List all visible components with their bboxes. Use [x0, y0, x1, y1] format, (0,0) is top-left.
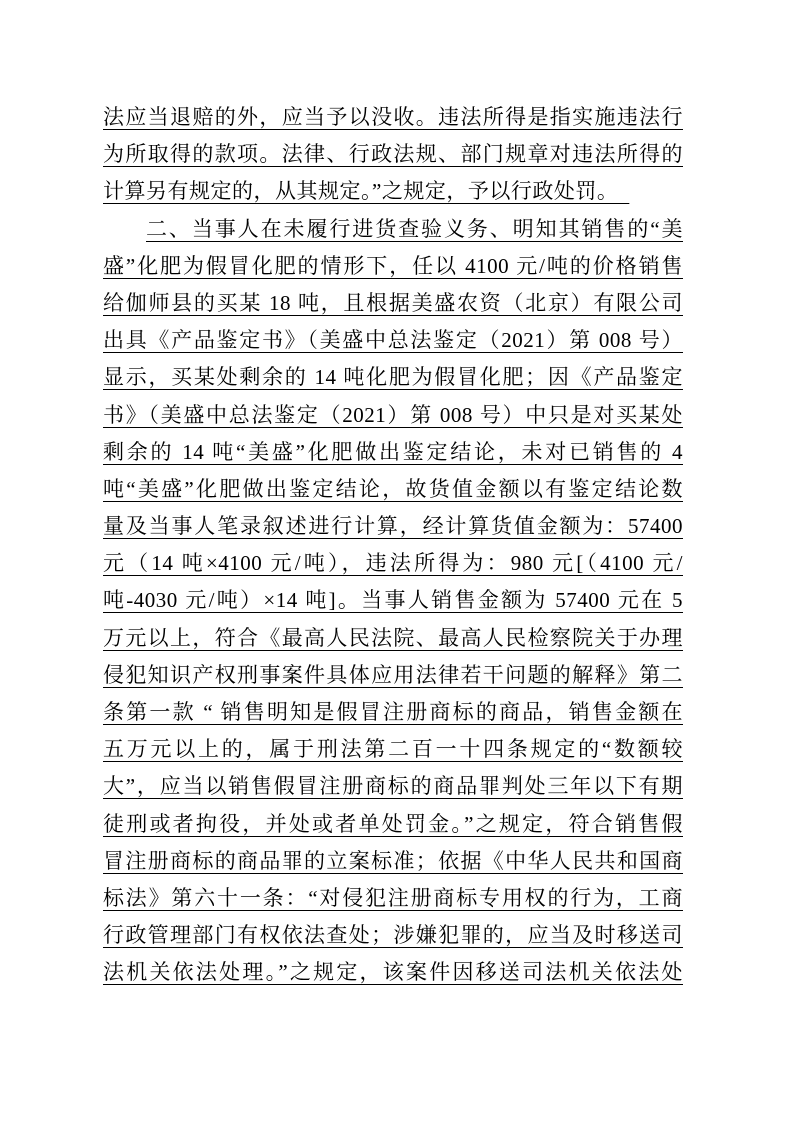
text-line: 吨-4030 元/吨）×14 吨]。当事人销售金额为 57400 元在 5: [103, 582, 683, 619]
text-line: 徒刑或者拘役，并处或者单处罚金。”之规定，符合销售假: [103, 806, 683, 843]
underlined-text: 元（14 吨×4100 元/吨），违法所得为：980 元[（4100 元/: [103, 551, 683, 575]
underlined-text: 大”，应当以销售假冒注册商标的商品罪判处三年以下有期: [103, 774, 683, 798]
text-line: 条第一款 “ 销售明知是假冒注册商标的商品，销售金额在: [103, 694, 683, 731]
underlined-text: 行政管理部门有权依法查处；涉嫌犯罪的，应当及时移送司: [103, 923, 683, 947]
text-line: 大”，应当以销售假冒注册商标的商品罪判处三年以下有期: [103, 768, 683, 805]
underlined-text: 吨-4030 元/吨）×14 吨]。当事人销售金额为 57400 元在 5: [103, 588, 683, 612]
text-line: 给伽师县的买某 18 吨，且根据美盛农资（北京）有限公司: [103, 285, 683, 322]
underlined-text: 二、当事人在未履行进货查验义务、明知其销售的“美: [146, 217, 683, 241]
underlined-text: 冒注册商标的商品罪的立案标准；依据《中华人民共和国商: [103, 849, 683, 873]
underlined-text: 显示，买某处剩余的 14 吨化肥为假冒化肥；因《产品鉴定: [103, 365, 683, 389]
underlined-text: 法应当退赔的外，应当予以没收。违法所得是指实施违法行: [103, 105, 683, 129]
text-line: 冒注册商标的商品罪的立案标准；依据《中华人民共和国商: [103, 843, 683, 880]
underlined-text: 出具《产品鉴定书》（美盛中总法鉴定（2021）第 008 号）: [103, 328, 683, 352]
text-line: 行政管理部门有权依法查处；涉嫌犯罪的，应当及时移送司: [103, 917, 683, 954]
underlined-text: 书》（美盛中总法鉴定（2021）第 008 号）中只是对买某处: [103, 403, 683, 427]
text-line: 出具《产品鉴定书》（美盛中总法鉴定（2021）第 008 号）: [103, 322, 683, 359]
text-line: 计算另有规定的，从其规定。”之规定，予以行政处罚。: [103, 173, 683, 210]
text-line: 法机关依法处理。”之规定，该案件因移送司法机关依法处: [103, 954, 683, 991]
text-line: 标法》第六十一条：“对侵犯注册商标专用权的行为，工商: [103, 880, 683, 917]
underlined-text: 给伽师县的买某 18 吨，且根据美盛农资（北京）有限公司: [103, 291, 683, 315]
underlined-text: 法机关依法处理。”之规定，该案件因移送司法机关依法处: [103, 960, 683, 984]
text-line: 二、当事人在未履行进货查验义务、明知其销售的“美: [103, 211, 683, 248]
text-line: 剩余的 14 吨“美盛”化肥做出鉴定结论，未对已销售的 4: [103, 434, 683, 471]
underlined-text: 量及当事人笔录叙述进行计算，经计算货值金额为：57400: [103, 514, 683, 538]
text-line: 吨“美盛”化肥做出鉴定结论，故货值金额以有鉴定结论数: [103, 471, 683, 508]
text-line: 万元以上，符合《最高人民法院、最高人民检察院关于办理: [103, 620, 683, 657]
document-page: 法应当退赔的外，应当予以没收。违法所得是指实施违法行为所取得的款项。法律、行政法…: [0, 0, 793, 1122]
text-line: 元（14 吨×4100 元/吨），违法所得为：980 元[（4100 元/: [103, 545, 683, 582]
text-line: 为所取得的款项。法律、行政法规、部门规章对违法所得的: [103, 136, 683, 173]
underlined-text: 为所取得的款项。法律、行政法规、部门规章对违法所得的: [103, 142, 683, 166]
underlined-text: 吨“美盛”化肥做出鉴定结论，故货值金额以有鉴定结论数: [103, 477, 683, 501]
paragraph-section-two-case-analysis: 二、当事人在未履行进货查验义务、明知其销售的“美盛”化肥为假冒化肥的情形下，任以…: [103, 211, 683, 992]
text-line: 盛”化肥为假冒化肥的情形下，任以 4100 元/吨的价格销售: [103, 248, 683, 285]
text-line: 显示，买某处剩余的 14 吨化肥为假冒化肥；因《产品鉴定: [103, 359, 683, 396]
underlined-text: 五万元以上的，属于刑法第二百一十四条规定的“数额较: [103, 737, 683, 761]
text-line: 侵犯知识产权刑事案件具体应用法律若干问题的解释》第二: [103, 657, 683, 694]
underlined-text: 标法》第六十一条：“对侵犯注册商标专用权的行为，工商: [103, 886, 683, 910]
underlined-text: 万元以上，符合《最高人民法院、最高人民检察院关于办理: [103, 626, 683, 650]
text-line: 量及当事人笔录叙述进行计算，经计算货值金额为：57400: [103, 508, 683, 545]
paragraph-penalty-basis-conclusion: 法应当退赔的外，应当予以没收。违法所得是指实施违法行为所取得的款项。法律、行政法…: [103, 99, 683, 211]
underlined-text: 条第一款 “ 销售明知是假冒注册商标的商品，销售金额在: [103, 700, 683, 724]
text-line: 法应当退赔的外，应当予以没收。违法所得是指实施违法行: [103, 99, 683, 136]
underlined-text: 剩余的 14 吨“美盛”化肥做出鉴定结论，未对已销售的 4: [103, 440, 683, 464]
text-line: 书》（美盛中总法鉴定（2021）第 008 号）中只是对买某处: [103, 397, 683, 434]
text-line: 五万元以上的，属于刑法第二百一十四条规定的“数额较: [103, 731, 683, 768]
underlined-text: 侵犯知识产权刑事案件具体应用法律若干问题的解释》第二: [103, 663, 683, 687]
underlined-text: 徒刑或者拘役，并处或者单处罚金。”之规定，符合销售假: [103, 812, 683, 836]
underlined-text: 盛”化肥为假冒化肥的情形下，任以 4100 元/吨的价格销售: [103, 254, 683, 278]
document-text-block: 法应当退赔的外，应当予以没收。违法所得是指实施违法行为所取得的款项。法律、行政法…: [103, 99, 683, 992]
underlined-text: 计算另有规定的，从其规定。”之规定，予以行政处罚。: [103, 179, 629, 203]
